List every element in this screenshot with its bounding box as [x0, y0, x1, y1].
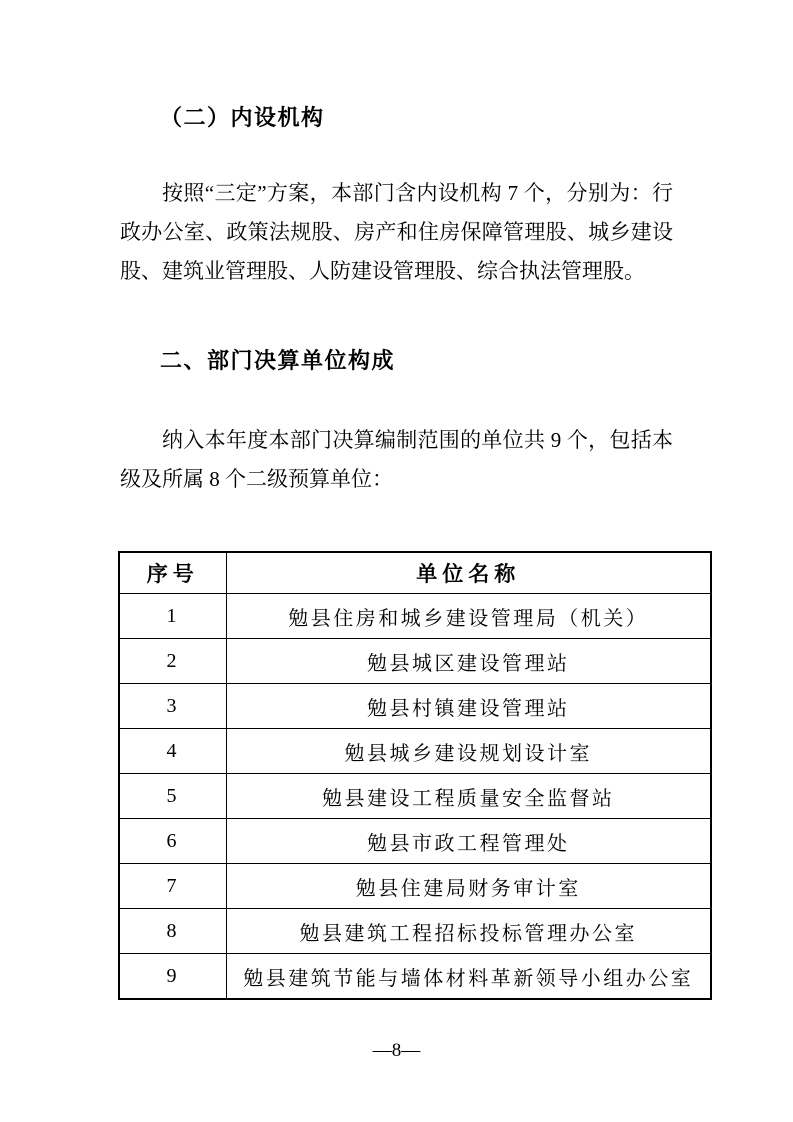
- row-index-cell: 5: [119, 774, 226, 819]
- table-row: 1勉县住房和城乡建设管理局（机关）: [119, 594, 711, 639]
- unit-name-cell: 勉县住建局财务审计室: [226, 864, 711, 909]
- row-index-cell: 2: [119, 639, 226, 684]
- page-number: —8—: [0, 1040, 793, 1062]
- units-table-body: 1勉县住房和城乡建设管理局（机关）2勉县城区建设管理站3勉县村镇建设管理站4勉县…: [119, 594, 711, 1000]
- row-index-cell: 8: [119, 909, 226, 954]
- table-row: 7勉县住建局财务审计室: [119, 864, 711, 909]
- row-index-cell: 9: [119, 954, 226, 1000]
- table-row: 5勉县建设工程质量安全监督站: [119, 774, 711, 819]
- unit-name-cell: 勉县村镇建设管理站: [226, 684, 711, 729]
- unit-name-cell: 勉县城区建设管理站: [226, 639, 711, 684]
- unit-name-cell: 勉县市政工程管理处: [226, 819, 711, 864]
- section-heading-unit-composition: 二、部门决算单位构成: [160, 344, 395, 375]
- row-index-cell: 3: [119, 684, 226, 729]
- table-row: 9勉县建筑节能与墙体材料革新领导小组办公室: [119, 954, 711, 1000]
- row-index-cell: 7: [119, 864, 226, 909]
- unit-name-cell: 勉县住房和城乡建设管理局（机关）: [226, 594, 711, 639]
- table-row: 2勉县城区建设管理站: [119, 639, 711, 684]
- units-table: 序号 单位名称 1勉县住房和城乡建设管理局（机关）2勉县城区建设管理站3勉县村镇…: [118, 551, 712, 1000]
- table-header-row: 序号 单位名称: [119, 552, 711, 594]
- table-row: 6勉县市政工程管理处: [119, 819, 711, 864]
- table-row: 4勉县城乡建设规划设计室: [119, 729, 711, 774]
- table-row: 8勉县建筑工程招标投标管理办公室: [119, 909, 711, 954]
- table-row: 3勉县村镇建设管理站: [119, 684, 711, 729]
- row-index-cell: 1: [119, 594, 226, 639]
- unit-name-cell: 勉县城乡建设规划设计室: [226, 729, 711, 774]
- document-page: （二）内设机构 按照“三定”方案，本部门含内设机构 7 个，分别为：行政办公室、…: [0, 0, 793, 1122]
- section-heading-internal-organs: （二）内设机构: [160, 101, 325, 132]
- unit-name-cell: 勉县建设工程质量安全监督站: [226, 774, 711, 819]
- paragraph-internal-organs: 按照“三定”方案，本部门含内设机构 7 个，分别为：行政办公室、政策法规股、房产…: [120, 174, 673, 291]
- column-header-index: 序号: [119, 552, 226, 594]
- unit-name-cell: 勉县建筑工程招标投标管理办公室: [226, 909, 711, 954]
- row-index-cell: 4: [119, 729, 226, 774]
- paragraph-unit-composition: 纳入本年度本部门决算编制范围的单位共 9 个，包括本级及所属 8 个二级预算单位…: [120, 421, 673, 499]
- row-index-cell: 6: [119, 819, 226, 864]
- unit-name-cell: 勉县建筑节能与墙体材料革新领导小组办公室: [226, 954, 711, 1000]
- column-header-unit-name: 单位名称: [226, 552, 711, 594]
